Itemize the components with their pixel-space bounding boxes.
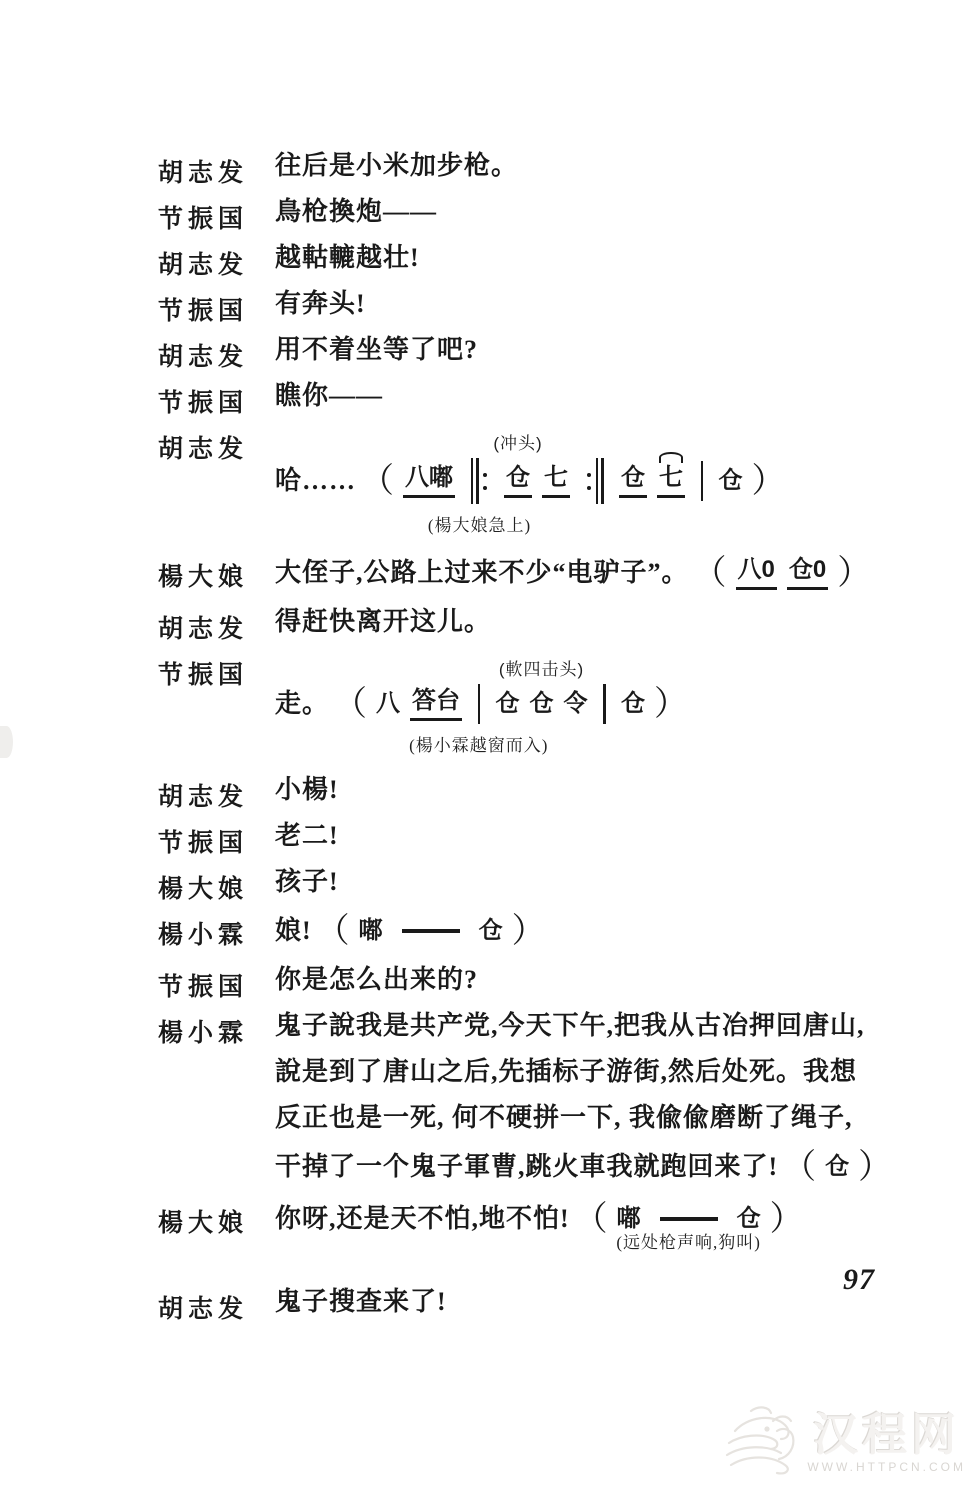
notation-paren: ） xyxy=(858,1151,892,1185)
dialogue-block: 鬼子說我是共产党,今天下午,把我从古冶押回唐山,說是到了唐山之后,先插标子游街,… xyxy=(275,1012,928,1202)
notation-symbol-underlined: 仓 xyxy=(619,464,647,498)
barline-stroke xyxy=(596,458,599,504)
dialogue-block: 哈……（八嘟(楊大娘急上)仓(冲头)七仓七仓） xyxy=(275,428,928,556)
script-row: 哈……（八嘟(楊大娘急上)仓(冲头)七仓七仓） xyxy=(275,428,928,538)
dialogue-block: 有奔头! xyxy=(275,290,928,336)
notation-symbol: 仓(軟四击头) xyxy=(530,690,554,718)
script-row: 反正也是一死, 何不硬拼一下, 我偸偸磨断了绳子, xyxy=(275,1104,928,1132)
dialogue-text: 娘! xyxy=(275,917,312,945)
script-line: 胡志发得赶快离开这儿。 xyxy=(158,608,928,654)
speaker-name: 楊大娘 xyxy=(158,868,275,914)
repeat-dots xyxy=(587,473,591,490)
speaker-name: 胡志发 xyxy=(158,244,275,290)
dialogue-text: 孩子! xyxy=(275,868,339,896)
script-line: 节振国瞧你—— xyxy=(158,382,928,428)
dialogue-text: 得赶快离开这儿。 xyxy=(275,608,491,636)
script-row: 用不着坐等了吧? xyxy=(275,336,928,364)
dialogue-text: 瞧你—— xyxy=(275,382,383,410)
script-line: 节振国鳥枪換炮—— xyxy=(158,198,928,244)
dialogue-block: 老二! xyxy=(275,822,928,868)
script-line: 节振国走。（八答台(楊小霖越窗而入)仓仓(軟四击头)令仓） xyxy=(158,654,928,776)
repeat-dot xyxy=(587,486,591,490)
dialogue-text: 反正也是一死, 何不硬拼一下, 我偸偸磨断了绳子, xyxy=(275,1104,853,1132)
script-line: 楊大娘你呀,还是天不怕,地不怕!（嘟(远处枪声响,狗叫)仓） xyxy=(158,1202,928,1288)
speaker-name: 楊大娘 xyxy=(158,1202,275,1288)
barline xyxy=(602,684,608,724)
script-row: 你呀,还是天不怕,地不怕!（嘟(远处枪声响,狗叫)仓） xyxy=(275,1202,928,1270)
dialogue-text: 干掉了一个鬼子軍曹,跳火車我就跑回来了! xyxy=(275,1153,778,1181)
notation-symbol: 仓 xyxy=(621,690,645,718)
page-number: 97 xyxy=(843,1263,875,1297)
notation-paren: ） xyxy=(752,465,786,499)
notation-symbol: 嘟 xyxy=(359,917,383,945)
stage-direction: (軟四击头) xyxy=(499,656,584,684)
script-row: 走。（八答台(楊小霖越窗而入)仓仓(軟四击头)令仓） xyxy=(275,654,928,758)
notation-paren: （ xyxy=(360,465,394,499)
script-row: 孩子! xyxy=(275,868,928,896)
dialogue-text: 越軲轆越壮! xyxy=(275,244,420,272)
scanned-script-page: 胡志发往后是小米加步枪。节振国鳥枪換炮——胡志发越軲轆越壮!节振国有奔头!胡志发… xyxy=(0,0,974,1494)
notation-symbol: 令 xyxy=(564,690,588,718)
dialogue-text: 往后是小米加步枪。 xyxy=(275,152,518,180)
notation-paren: ） xyxy=(512,915,546,949)
speaker-name: 胡志发 xyxy=(158,608,275,654)
script-line: 胡志发哈……（八嘟(楊大娘急上)仓(冲头)七仓七仓） xyxy=(158,428,928,556)
notation-paren: ） xyxy=(770,1203,804,1237)
notation-symbol: 八 xyxy=(376,690,400,718)
notation-symbol: 仓 xyxy=(479,917,503,945)
sustain-dash xyxy=(402,929,460,933)
script-line: 节振国老二! xyxy=(158,822,928,868)
repeat-dot xyxy=(587,473,591,477)
speaker-name: 胡志发 xyxy=(158,336,275,382)
speaker-name: 节振国 xyxy=(158,198,275,244)
stage-direction: (冲头) xyxy=(493,430,542,458)
script-line: 楊大娘大侄子,公路上过来不少“电驴子”。（八0仓0） xyxy=(158,556,928,608)
speaker-name: 楊大娘 xyxy=(158,556,275,608)
watermark-site-url: WWW.HTTPCN.COM xyxy=(807,1460,966,1474)
notation-symbol-underlined: 八嘟 xyxy=(403,464,455,498)
notation-symbol: 仓 xyxy=(496,690,520,718)
notation-symbol-underlined: 仓(冲头) xyxy=(504,464,532,498)
script-line: 楊小霖鬼子說我是共产党,今天下午,把我从古冶押回唐山,說是到了唐山之后,先插标子… xyxy=(158,1012,928,1202)
barline: (楊小霖越窗而入) xyxy=(476,684,482,724)
dialogue-text: 大侄子,公路上过来不少“电驴子”。 xyxy=(275,559,689,587)
dialogue-block: 孩子! xyxy=(275,868,928,914)
notation-symbol-underlined: 仓0 xyxy=(787,556,828,590)
repeat-dots xyxy=(483,473,487,490)
speaker-name: 节振国 xyxy=(158,822,275,868)
script-row: 說是到了唐山之后,先插标子游街,然后处死。我想 xyxy=(275,1058,928,1086)
speaker-name: 胡志发 xyxy=(158,152,275,198)
dragon-logo-icon xyxy=(721,1401,805,1484)
dialogue-block: 娘!（嘟仓） xyxy=(275,914,928,966)
dialogue-text: 老二! xyxy=(275,822,339,850)
speaker-name: 胡志发 xyxy=(158,428,275,556)
notation-paren: （ xyxy=(693,557,727,591)
dialogue-text: 鬼子搜查来了! xyxy=(275,1288,447,1316)
dialogue-text: 鬼子說我是共产党,今天下午,把我从古冶押回唐山, xyxy=(275,1012,865,1040)
watermark: 汉程网 WWW.HTTPCN.COM xyxy=(721,1401,966,1484)
repeat-end-barline xyxy=(584,458,605,504)
script-row: 鬼子搜查来了! xyxy=(275,1288,928,1316)
stage-direction: (楊大娘急上) xyxy=(428,512,531,540)
script-line: 胡志发越軲轆越壮! xyxy=(158,244,928,290)
notation-symbol: 仓 xyxy=(825,1153,849,1181)
dialogue-block: 走。（八答台(楊小霖越窗而入)仓仓(軟四击头)令仓） xyxy=(275,654,928,776)
speaker-name: 节振国 xyxy=(158,382,275,428)
notation-symbol-underlined: 七 xyxy=(657,464,685,498)
speaker-name: 胡志发 xyxy=(158,1288,275,1334)
repeat-begin-barline: (楊大娘急上) xyxy=(469,458,490,504)
script-row: 往后是小米加步枪。 xyxy=(275,152,928,180)
dialogue-block: 鳥枪換炮—— xyxy=(275,198,928,244)
dialogue-block: 瞧你—— xyxy=(275,382,928,428)
scan-artifact xyxy=(0,726,13,758)
speaker-name: 节振国 xyxy=(158,966,275,1012)
barline-stroke xyxy=(701,461,704,501)
dialogue-block: 你呀,还是天不怕,地不怕!（嘟(远处枪声响,狗叫)仓） xyxy=(275,1202,928,1288)
speaker-name: 胡志发 xyxy=(158,776,275,822)
script-line: 胡志发往后是小米加步枪。 xyxy=(158,152,928,198)
dialogue-block: 用不着坐等了吧? xyxy=(275,336,928,382)
script-row: 你是怎么出来的? xyxy=(275,966,928,994)
script-row: 越軲轆越壮! xyxy=(275,244,928,272)
dialogue-block: 大侄子,公路上过来不少“电驴子”。（八0仓0） xyxy=(275,556,928,608)
speaker-name: 节振国 xyxy=(158,290,275,336)
notation-symbol: 仓 xyxy=(719,467,743,495)
notation-paren: ） xyxy=(837,557,871,591)
script-body: 胡志发往后是小米加步枪。节振国鳥枪換炮——胡志发越軲轆越壮!节振国有奔头!胡志发… xyxy=(158,152,928,1334)
script-row: 有奔头! xyxy=(275,290,928,318)
script-row: 大侄子,公路上过来不少“电驴子”。（八0仓0） xyxy=(275,556,928,590)
dialogue-text: 說是到了唐山之后,先插标子游街,然后处死。我想 xyxy=(275,1058,857,1086)
repeat-dot xyxy=(483,486,487,490)
script-row: 瞧你—— xyxy=(275,382,928,410)
dialogue-text: 走。 xyxy=(275,690,329,718)
speaker-name: 楊小霖 xyxy=(158,914,275,966)
script-row: 得赶快离开这儿。 xyxy=(275,608,928,636)
speaker-name: 节振国 xyxy=(158,654,275,776)
notation-symbol-underlined: 八0 xyxy=(736,556,777,590)
dialogue-block: 往后是小米加步枪。 xyxy=(275,152,928,198)
notation-paren: ） xyxy=(654,688,688,722)
script-row: 鬼子說我是共产党,今天下午,把我从古冶押回唐山, xyxy=(275,1012,928,1040)
script-line: 楊大娘孩子! xyxy=(158,868,928,914)
script-row: 老二! xyxy=(275,822,928,850)
barline-stroke xyxy=(476,458,479,504)
repeat-dot xyxy=(483,473,487,477)
dialogue-block: 得赶快离开这儿。 xyxy=(275,608,928,654)
dialogue-block: 鬼子搜查来了! xyxy=(275,1288,928,1334)
script-line: 节振国你是怎么出来的? xyxy=(158,966,928,1012)
notation-symbol: 仓 xyxy=(737,1205,761,1233)
dialogue-block: 小楊! xyxy=(275,776,928,822)
barline xyxy=(699,461,705,501)
watermark-text: 汉程网 WWW.HTTPCN.COM xyxy=(807,1412,966,1474)
script-row: 鳥枪換炮—— xyxy=(275,198,928,226)
script-row: 干掉了一个鬼子軍曹,跳火車我就跑回来了!（仓） xyxy=(275,1150,928,1184)
barline-stroke xyxy=(471,458,474,504)
barline-stroke xyxy=(603,684,606,724)
stage-direction: (楊小霖越窗而入) xyxy=(409,732,548,760)
script-row: 娘!（嘟仓） xyxy=(275,914,928,948)
speaker-name: 楊小霖 xyxy=(158,1012,275,1202)
dialogue-text: 小楊! xyxy=(275,776,339,804)
dialogue-block: 越軲轆越壮! xyxy=(275,244,928,290)
notation-paren: （ xyxy=(333,688,367,722)
sustain-dash: (远处枪声响,狗叫) xyxy=(660,1217,718,1221)
script-line: 节振国有奔头! xyxy=(158,290,928,336)
notation-symbol-underlined: 七 xyxy=(542,464,570,498)
barline-stroke xyxy=(478,684,481,724)
script-line: 胡志发小楊! xyxy=(158,776,928,822)
notation-paren: （ xyxy=(574,1203,608,1237)
dialogue-text: 你呀,还是天不怕,地不怕! xyxy=(275,1205,570,1233)
watermark-site-name: 汉程网 xyxy=(813,1412,960,1457)
notation-paren: （ xyxy=(316,915,350,949)
barline-stroke xyxy=(601,458,604,504)
dialogue-text: 用不着坐等了吧? xyxy=(275,336,478,364)
dialogue-text: 你是怎么出来的? xyxy=(275,966,478,994)
dialogue-text: 鳥枪換炮—— xyxy=(275,198,437,226)
dialogue-text: 有奔头! xyxy=(275,290,366,318)
dialogue-block: 你是怎么出来的? xyxy=(275,966,928,1012)
notation-paren: （ xyxy=(782,1151,816,1185)
script-line: 胡志发用不着坐等了吧? xyxy=(158,336,928,382)
script-line: 胡志发鬼子搜查来了! xyxy=(158,1288,928,1334)
script-row: 小楊! xyxy=(275,776,928,804)
notation-symbol-underlined: 答台 xyxy=(410,687,462,721)
script-line: 楊小霖娘!（嘟仓） xyxy=(158,914,928,966)
dialogue-text: 哈…… xyxy=(275,467,356,495)
